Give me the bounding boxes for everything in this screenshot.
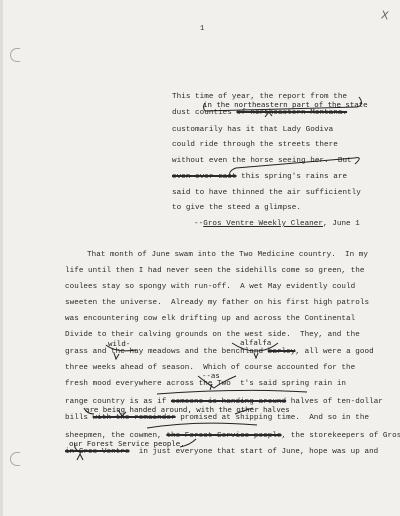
body-line: life until then I had never seen the sid… [65,267,364,275]
struck-text: even over east [172,173,237,181]
epigraph-line: even over east this spring's rains are [172,173,347,181]
body-line: was encountering cow elk drifting up and… [65,315,355,323]
struck-text: of northeastern Montana. [237,109,348,117]
binder-ring-mark [10,48,20,62]
body-line: sweeten the universe. Already my father … [65,299,369,307]
manuscript-page: 1 X This time of year, the report from t… [0,0,400,516]
epigraph-line: dust counties of northeastern Montana. [172,109,347,117]
body-line: coulees stay so spongy with run-off. A w… [65,283,355,291]
handwritten-insertion: in the northeastern part of the state [203,100,368,109]
body-line: fresh mood everywhere across the Two t's… [65,380,346,388]
handwritten-insertion: alfalfa [240,338,271,347]
epigraph-line: customarily has it that Lady Godiva [172,126,333,134]
page-edge [0,0,3,516]
handwritten-insertion: our Forest Service people, [69,439,185,448]
body-line: Divide to their calving grounds on the w… [65,331,360,339]
body-line: grass and the hay meadows and the benchl… [65,348,374,356]
body-line: in Gros Ventre in just everyone that sta… [65,448,378,456]
handwritten-corner-mark: X [380,8,390,22]
struck-text: barley [268,348,296,356]
epigraph-line: said to have thinned the air sufficientl… [172,189,361,197]
handwritten-insertion: wild- [108,339,130,348]
epigraph-line: could ride through the streets there [172,141,338,149]
epigraph-attribution: --Gros Ventre Weekly Cleaner, June 1 [194,220,360,228]
struck-text: in Gros Ventre [65,448,130,456]
handwritten-insertion: --as [202,371,220,380]
struck-text: with the remainder [93,414,176,422]
epigraph-line: without even the horse seeing her. But [172,157,352,165]
binder-ring-mark [10,452,20,466]
body-line: That month of June swam into the Two Med… [87,251,368,259]
source-title: Gros Ventre Weekly Cleaner [203,220,323,228]
body-line: bills with the remainder promised at shi… [65,414,369,422]
epigraph-line: to give the steed a glimpse. [172,204,301,212]
handwritten-insertion: are being handed around, with the other … [85,405,290,414]
page-number: 1 [200,25,204,33]
